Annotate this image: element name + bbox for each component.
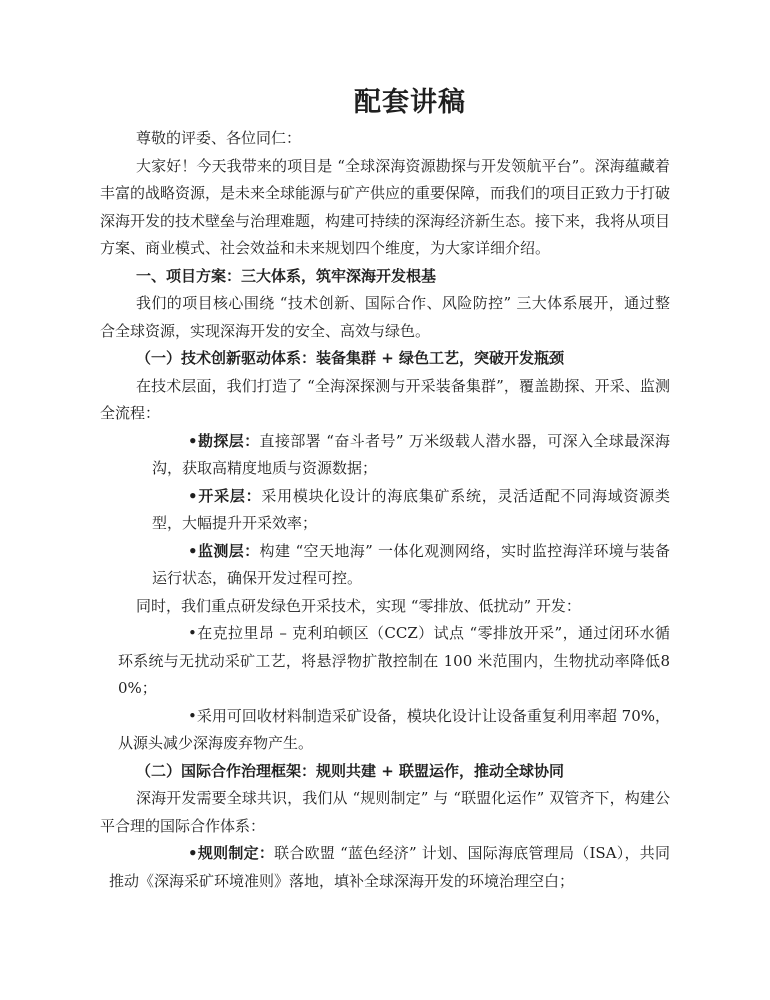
bullet-text: •采用可回收材料制造采矿设备，模块化设计让设备重复利用率超 70%，从源头减少深… bbox=[118, 707, 670, 753]
bullet-label: •勘探层： bbox=[188, 432, 260, 450]
paragraph: 同时，我们重点研发绿色开采技术，实现 “零排放、低扰动” 开发： bbox=[100, 593, 670, 621]
bullet-item-monitoring-layer: •监测层：构建 “空天地海” 一体化观测网络，实时监控海洋环境与装备运行状态，确… bbox=[152, 538, 670, 593]
document-content: 配套讲稿 尊敬的评委、各位同仁： 大家好！今天我带来的项目是 “全球深海资源勘探… bbox=[0, 0, 770, 895]
salutation-paragraph: 尊敬的评委、各位同仁： bbox=[100, 125, 670, 153]
subsection-heading-1-2: （二）国际合作治理框架：规则共建 + 联盟运作，推动全球协同 bbox=[100, 758, 670, 786]
intro-paragraph: 大家好！今天我带来的项目是 “全球深海资源勘探与开发领航平台”。深海蕴藏着丰富的… bbox=[100, 153, 670, 263]
document-page: 配套讲稿 尊敬的评委、各位同仁： 大家好！今天我带来的项目是 “全球深海资源勘探… bbox=[0, 0, 770, 1000]
paragraph: 我们的项目核心围绕 “技术创新、国际合作、风险防控” 三大体系展开，通过整合全球… bbox=[100, 290, 670, 345]
paragraph: 在技术层面，我们打造了 “全海深探测与开采装备集群”，覆盖勘探、开采、监测全流程… bbox=[100, 373, 670, 428]
subsection-heading-1-1: （一）技术创新驱动体系：装备集群 + 绿色工艺，突破开发瓶颈 bbox=[100, 345, 670, 373]
document-title: 配套讲稿 bbox=[100, 86, 670, 119]
bullet-label: •规则制定： bbox=[188, 844, 274, 862]
bullet-item-mining-layer: •开采层：采用模块化设计的海底集矿系统，灵活适配不同海域资源类型，大幅提升开采效… bbox=[152, 483, 670, 538]
paragraph: 深海开发需要全球共识，我们从 “规则制定” 与 “联盟化运作” 双管齐下，构建公… bbox=[100, 785, 670, 840]
bullet-label: •开采层： bbox=[188, 487, 261, 505]
bullet-item-exploration-layer: •勘探层：直接部署 “奋斗者号” 万米级载人潜水器，可深入全球最深海沟，获取高精… bbox=[152, 428, 670, 483]
bullet-item-ccz-pilot: •在克拉里昂 – 克利珀顿区（CCZ）试点 “零排放开采”，通过闭环水循环系统与… bbox=[118, 620, 670, 703]
section-heading-1: 一、项目方案：三大体系，筑牢深海开发根基 bbox=[100, 263, 670, 291]
bullet-item-rule-making: •规则制定：联合欧盟 “蓝色经济” 计划、国际海底管理局（ISA），共同推动《深… bbox=[109, 840, 670, 895]
bullet-text: •在克拉里昂 – 克利珀顿区（CCZ）试点 “零排放开采”，通过闭环水循环系统与… bbox=[118, 624, 670, 697]
bullet-label: •监测层： bbox=[188, 542, 260, 560]
bullet-item-recyclable-equipment: •采用可回收材料制造采矿设备，模块化设计让设备重复利用率超 70%，从源头减少深… bbox=[118, 703, 670, 758]
